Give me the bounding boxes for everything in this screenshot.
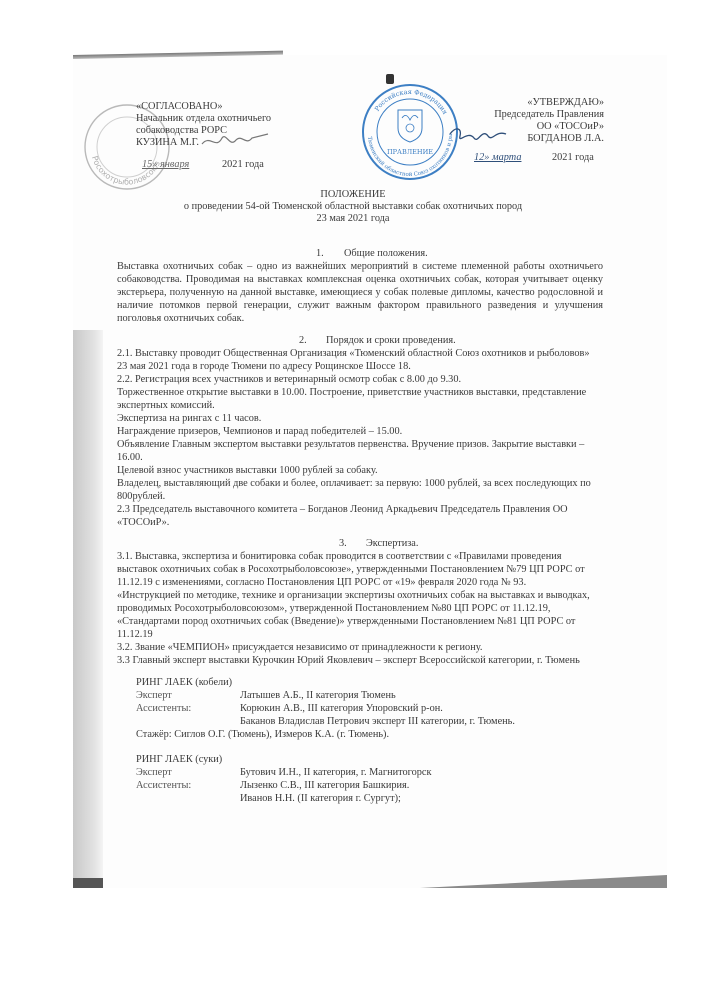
section-3-line: 3.3 Главный эксперт выставки Курочкин Юр… <box>117 654 580 667</box>
ring-expert-label: Эксперт <box>136 766 172 779</box>
scan-shadow-left <box>73 330 103 888</box>
ring-expert: Бутович И.Н., II категория, г. Магнитого… <box>240 766 431 779</box>
approval-right-date-year: 2021 года <box>552 151 594 164</box>
ring-title: РИНГ ЛАЕК (суки) <box>136 753 222 766</box>
ring-assistant: Иванов Н.Н. (II категория г. Сургут); <box>240 792 401 805</box>
section-2-line: Экспертиза на рингах с 11 часов. <box>117 412 261 425</box>
ring-assistant: Баканов Владислав Петрович эксперт III к… <box>240 715 515 728</box>
section-3-line: проводимых Росохотрыболовсоюзом», утверж… <box>117 602 550 615</box>
section-3-line: «Инструкцией по методике, технике и орга… <box>117 589 590 602</box>
scan-shadow-corner <box>73 878 103 888</box>
section-2-heading: Порядок и сроки проведения. <box>326 334 456 347</box>
section-3-line: 3.2. Звание «ЧЕМПИОН» присуждается незав… <box>117 641 482 654</box>
section-2-line: экспертных комиссий. <box>117 399 215 412</box>
section-2-line: 23 мая 2021 года в городе Тюмени по адре… <box>117 360 411 373</box>
section-1-heading: Общие положения. <box>344 247 428 260</box>
ring-assistant: Корюкин А.В., III категория Упоровский р… <box>240 702 443 715</box>
approval-right-date-handwritten: 12» марта <box>474 151 521 164</box>
ring-expert-label: Эксперт <box>136 689 172 702</box>
stamp-tosoir-icon: Российская Федерация Тюменский областной… <box>360 82 460 182</box>
approval-right-name: БОГДАНОВ Л.А. <box>527 132 604 145</box>
section-1-number: 1. <box>316 247 324 260</box>
section-3-line: 11.12.19 с изменениями, согласно Постано… <box>117 576 526 589</box>
document-date: 23 мая 2021 года <box>0 212 706 225</box>
section-3-line: выставок охотничьих собак в Росохотрыбол… <box>117 563 585 576</box>
section-2-line: 2.3 Председатель выставочного комитета –… <box>117 503 568 516</box>
signature-kuzina-icon <box>200 130 270 152</box>
section-2-number: 2. <box>299 334 307 347</box>
section-2-line: Владелец, выставляющий две собаки и боле… <box>117 477 591 490</box>
section-2-line: 16.00. <box>117 451 143 464</box>
section-1-paragraph: Выставка охотничьих собак – одно из важн… <box>117 260 603 325</box>
section-2-line: 800рублей. <box>117 490 165 503</box>
section-2-line: Торжественное открытие выставки в 10.00.… <box>117 386 586 399</box>
svg-text:ПРАВЛЕНИЕ: ПРАВЛЕНИЕ <box>387 148 433 156</box>
signature-bogdanov-icon <box>448 124 508 148</box>
section-3-line: «Стандартами пород охотничьих собак (Вве… <box>117 615 575 628</box>
approval-left-date-year: 2021 года <box>222 158 264 171</box>
section-3-line: 11.12.19 <box>117 628 153 641</box>
ring-trainees: Стажёр: Сиглов О.Г. (Тюмень), Измеров К.… <box>136 728 389 741</box>
ring-assistants-label: Ассистенты: <box>136 779 191 792</box>
section-2-line: 2.1. Выставку проводит Общественная Орга… <box>117 347 590 360</box>
section-2-line: Награждение призеров, Чемпионов и парад … <box>117 425 402 438</box>
section-2-line: Объявление Главным экспертом выставки ре… <box>117 438 584 451</box>
section-2-line: Целевой взнос участников выставки 1000 р… <box>117 464 378 477</box>
ring-expert: Латышев А.Б., II категория Тюмень <box>240 689 396 702</box>
section-3-number: 3. <box>339 537 347 550</box>
section-3-line: 3.1. Выставка, экспертиза и бонитировка … <box>117 550 561 563</box>
ring-assistant: Лызенко С.В., III категория Башкирия. <box>240 779 409 792</box>
scan-mark <box>386 74 394 84</box>
ring-title: РИНГ ЛАЕК (кобели) <box>136 676 232 689</box>
section-2-line: 2.2. Регистрация всех участников и ветер… <box>117 373 461 386</box>
approval-left-name: КУЗИНА М.Г. <box>136 136 199 149</box>
section-3-heading: Экспертиза. <box>366 537 418 550</box>
approval-left-date-handwritten: 15» января <box>142 158 189 171</box>
section-2-line: «ТОСОиР». <box>117 516 169 529</box>
ring-assistants-label: Ассистенты: <box>136 702 191 715</box>
